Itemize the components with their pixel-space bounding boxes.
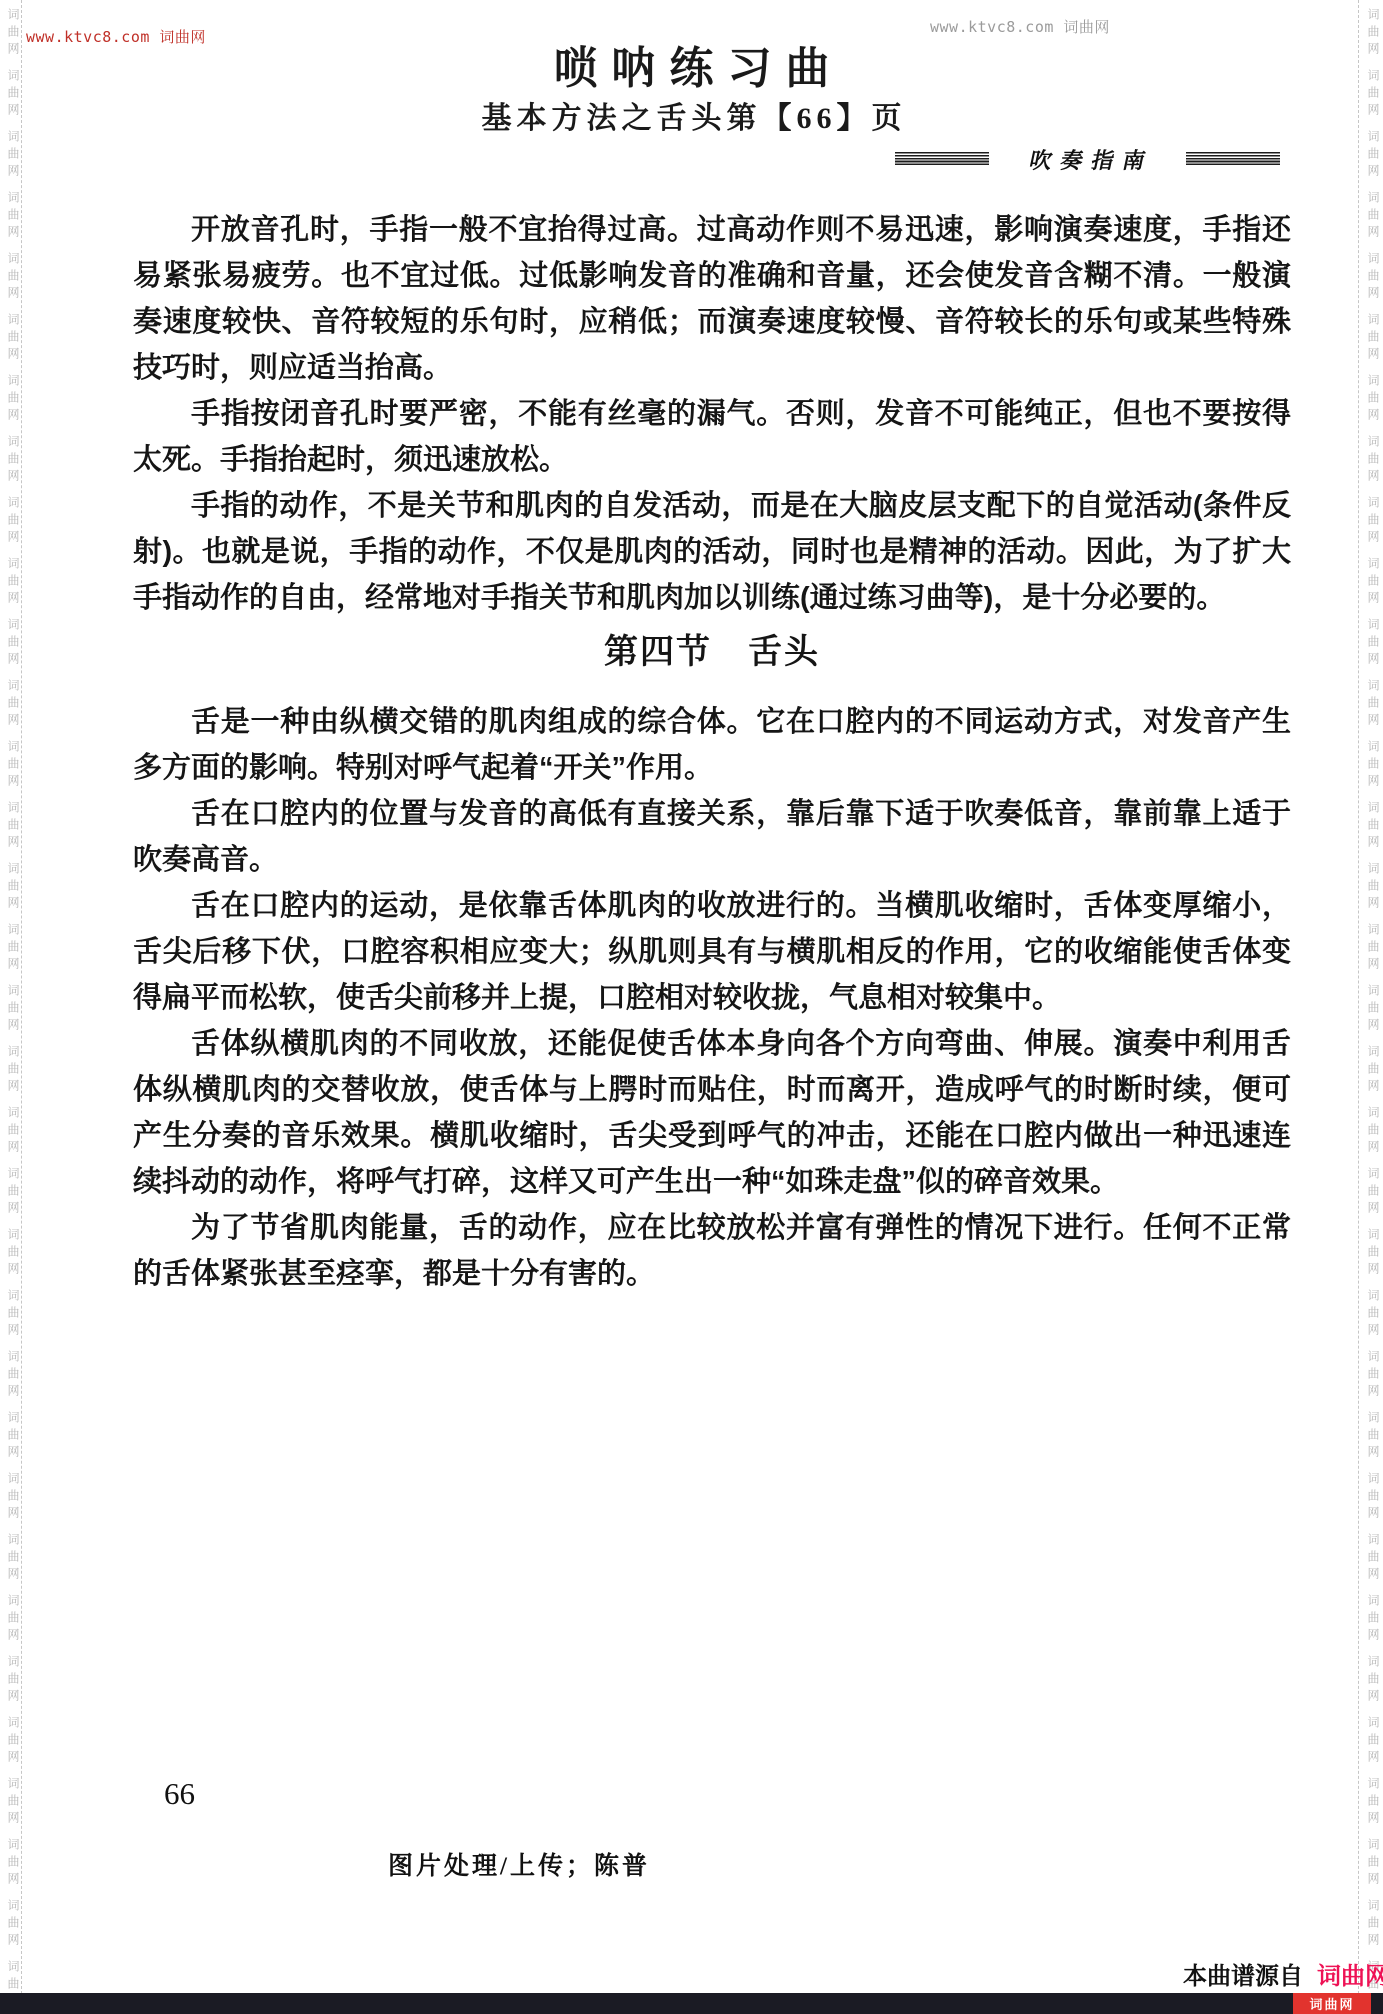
side-watermark-text: 词曲网	[4, 1289, 21, 1340]
page-number: 66	[164, 1776, 195, 1812]
side-watermark-text: 词曲网	[1364, 1106, 1381, 1157]
side-watermark-text: 词曲网	[1364, 252, 1381, 303]
side-watermark-text: 词曲网	[1364, 1899, 1381, 1950]
side-watermark-text: 词曲网	[4, 1838, 21, 1889]
scanned-document-page: 词曲网词曲网词曲网词曲网词曲网词曲网词曲网词曲网词曲网词曲网词曲网词曲网词曲网词…	[0, 0, 1383, 2014]
side-watermark-text: 词曲网	[4, 1228, 21, 1279]
bottom-bar	[0, 1993, 1383, 2014]
side-watermark-text: 词曲网	[1364, 618, 1381, 669]
side-watermark-text: 词曲网	[4, 862, 21, 913]
side-watermark-text: 词曲网	[4, 984, 21, 1035]
side-watermark-text: 词曲网	[1364, 435, 1381, 486]
side-watermark-text: 词曲网	[1364, 923, 1381, 974]
source-site-name: 词曲网	[1317, 1956, 1383, 1991]
page-title: 唢呐练习曲	[0, 32, 1383, 96]
side-watermark-text: 词曲网	[4, 557, 21, 608]
side-watermark-text: 词曲网	[4, 1594, 21, 1645]
section-heading: 第四节 舌头	[133, 629, 1291, 675]
horizontal-rules-icon	[895, 152, 989, 166]
side-watermark-text: 词曲网	[1364, 1350, 1381, 1401]
side-watermark-text: 词曲网	[1364, 496, 1381, 547]
right-watermark-column: 词曲网词曲网词曲网词曲网词曲网词曲网词曲网词曲网词曲网词曲网词曲网词曲网词曲网词…	[1364, 8, 1380, 2014]
side-watermark-text: 词曲网	[4, 252, 21, 303]
side-watermark-text: 词曲网	[4, 740, 21, 791]
side-watermark-text: 词曲网	[4, 1350, 21, 1401]
body-text: 开放音孔时，手指一般不宜抬得过高。过高动作则不易迅速，影响演奏速度，手指还易紧张…	[133, 207, 1291, 1297]
side-watermark-text: 词曲网	[1364, 740, 1381, 791]
side-watermark-text: 词曲网	[1364, 1655, 1381, 1706]
side-watermark-text: 词曲网	[4, 1167, 21, 1218]
side-watermark-text: 词曲网	[1364, 1838, 1381, 1889]
side-watermark-text: 词曲网	[1364, 313, 1381, 364]
paragraph: 手指的动作，不是关节和肌肉的自发活动，而是在大脑皮层支配下的自觉活动(条件反射)…	[133, 483, 1291, 621]
side-watermark-text: 词曲网	[4, 1045, 21, 1096]
banner-label: 吹奏指南	[1018, 144, 1158, 175]
side-watermark-text: 词曲网	[1364, 1716, 1381, 1767]
paragraph: 舌体纵横肌肉的不同收放，还能促使舌体本身向各个方向弯曲、伸展。演奏中利用舌体纵横…	[133, 1021, 1291, 1205]
side-watermark-text: 词曲网	[1364, 679, 1381, 730]
side-watermark-text: 词曲网	[1364, 1045, 1381, 1096]
side-watermark-text: 词曲网	[4, 801, 21, 852]
side-watermark-text: 词曲网	[1364, 191, 1381, 242]
side-watermark-text: 词曲网	[4, 435, 21, 486]
horizontal-rules-icon	[1186, 152, 1280, 166]
side-watermark-text: 词曲网	[1364, 1533, 1381, 1584]
side-watermark-text: 词曲网	[4, 1655, 21, 1706]
side-watermark-text: 词曲网	[4, 191, 21, 242]
side-watermark-text: 词曲网	[1364, 984, 1381, 1035]
side-watermark-text: 词曲网	[1364, 1594, 1381, 1645]
upload-credit: 图片处理/上传；陈普	[388, 1846, 650, 1882]
side-watermark-text: 词曲网	[4, 1106, 21, 1157]
paragraph: 舌在口腔内的运动，是依靠舌体肌肉的收放进行的。当横肌收缩时，舌体变厚缩小，舌尖后…	[133, 883, 1291, 1021]
paragraph: 手指按闭音孔时要严密，不能有丝毫的漏气。否则，发音不可能纯正，但也不要按得太死。…	[133, 391, 1291, 483]
right-dashed-divider	[1358, 0, 1359, 2014]
side-watermark-text: 词曲网	[4, 1777, 21, 1828]
side-watermark-text: 词曲网	[1364, 374, 1381, 425]
paragraph: 为了节省肌肉能量，舌的动作，应在比较放松并富有弹性的情况下进行。任何不正常的舌体…	[133, 1205, 1291, 1297]
side-watermark-text: 词曲网	[4, 1899, 21, 1950]
paragraph: 舌是一种由纵横交错的肌肉组成的综合体。它在口腔内的不同运动方式，对发音产生多方面…	[133, 699, 1291, 791]
side-watermark-text: 词曲网	[1364, 1777, 1381, 1828]
side-watermark-text: 词曲网	[4, 618, 21, 669]
side-watermark-text: 词曲网	[1364, 1228, 1381, 1279]
source-attribution: 本曲谱源自 词曲网	[1183, 1960, 1383, 1986]
side-watermark-text: 词曲网	[4, 374, 21, 425]
side-watermark-text: 词曲网	[4, 1533, 21, 1584]
left-watermark-column: 词曲网词曲网词曲网词曲网词曲网词曲网词曲网词曲网词曲网词曲网词曲网词曲网词曲网词…	[4, 8, 20, 2014]
side-watermark-text: 词曲网	[4, 496, 21, 547]
left-dashed-divider	[21, 0, 22, 2014]
side-watermark-text: 词曲网	[1364, 1472, 1381, 1523]
side-watermark-text: 词曲网	[4, 1472, 21, 1523]
side-watermark-text: 词曲网	[4, 313, 21, 364]
section-banner: 吹奏指南	[895, 146, 1280, 172]
side-watermark-text: 词曲网	[4, 1411, 21, 1462]
side-watermark-text: 词曲网	[4, 923, 21, 974]
side-watermark-text: 词曲网	[1364, 1411, 1381, 1462]
side-watermark-text: 词曲网	[1364, 801, 1381, 852]
site-badge: 词曲网	[1293, 1993, 1371, 2014]
paragraph: 舌在口腔内的位置与发音的高低有直接关系，靠后靠下适于吹奏低音，靠前靠上适于吹奏高…	[133, 791, 1291, 883]
page-subtitle: 基本方法之舌头第【66】页	[0, 93, 1383, 137]
side-watermark-text: 词曲网	[4, 679, 21, 730]
side-watermark-text: 词曲网	[1364, 1289, 1381, 1340]
side-watermark-text: 词曲网	[1364, 557, 1381, 608]
side-watermark-text: 词曲网	[1364, 130, 1381, 181]
side-watermark-text: 词曲网	[1364, 862, 1381, 913]
source-label: 本曲谱源自	[1183, 1956, 1303, 1991]
side-watermark-text: 词曲网	[4, 130, 21, 181]
side-watermark-text: 词曲网	[4, 1716, 21, 1767]
side-watermark-text: 词曲网	[1364, 1167, 1381, 1218]
paragraph: 开放音孔时，手指一般不宜抬得过高。过高动作则不易迅速，影响演奏速度，手指还易紧张…	[133, 207, 1291, 391]
